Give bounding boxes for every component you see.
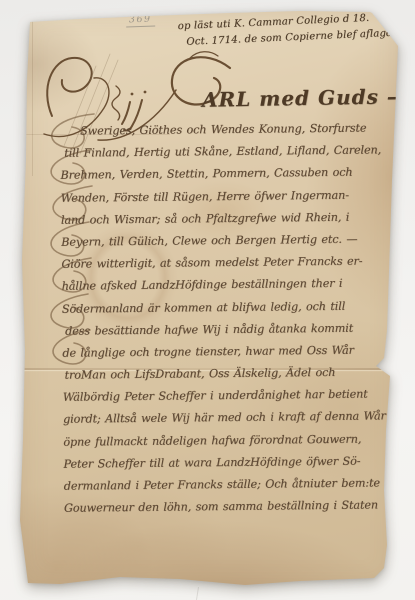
photo-backdrop: 369 op läst uti K. Cammar Collegio d 18.… [0,0,415,600]
registration-note: op läst uti K. Cammar Collegio d 18. Oct… [177,9,414,51]
manuscript-line: Giöre witterligit, at såsom medelst Pete… [61,250,395,276]
manuscript-line: Brehmen, Verden, Stettin, Pommern, Cassu… [60,162,394,188]
manuscript-page-wrap: 369 op läst uti K. Cammar Collegio d 18.… [18,6,400,590]
manuscript-line: Wenden, Förste till Rügen, Herre öfwer I… [61,184,395,210]
manuscript-line: Gouwerneur den löhn, som samma beställni… [64,494,398,520]
heading-royal-title: ARL med Guds — [202,84,408,112]
archival-number: 369 [126,14,155,28]
manuscript-line: de långlige och trogne tienster, hwar me… [62,339,396,365]
manuscript-line: giordt; Alltså wele Wij här med och i kr… [63,406,397,432]
manuscript-line: öpne fullmackt nådeligen hafwa förordnat… [63,428,397,454]
manuscript-body: Sweriges, Giöthes och Wendes Konung, Sto… [60,117,398,520]
manuscript-page: 369 op läst uti K. Cammar Collegio d 18.… [18,6,400,590]
